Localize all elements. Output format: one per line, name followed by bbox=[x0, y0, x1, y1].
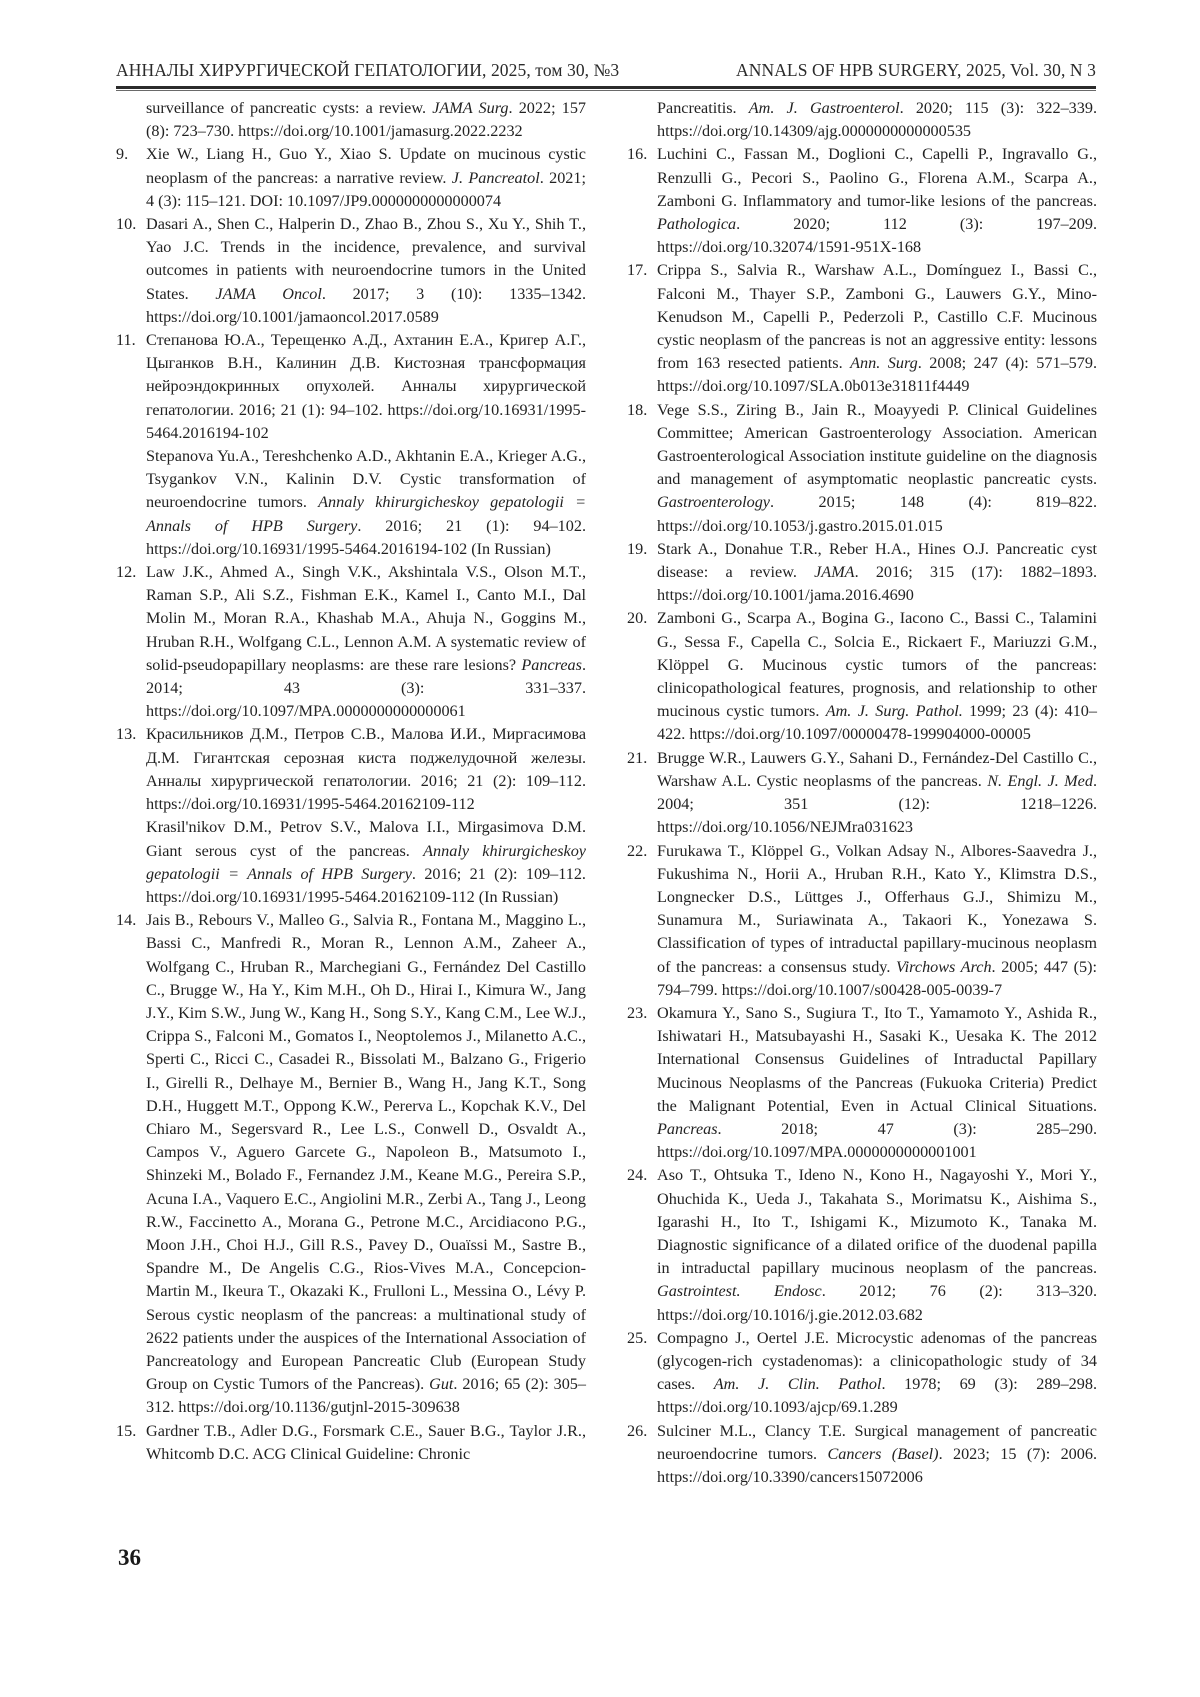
journal-title: J. Pancreatol bbox=[452, 169, 540, 187]
reference-original: Степанова Ю.А., Терещенко А.Д., Ахтанин … bbox=[146, 329, 586, 445]
reference-number: 9. bbox=[116, 143, 146, 213]
reference-item: 21.Brugge W.R., Lauwers G.Y., Sahani D.,… bbox=[627, 747, 1097, 840]
journal-title: Gut bbox=[429, 1375, 453, 1393]
reference-item: 16.Luchini C., Fassan M., Doglioni C., C… bbox=[627, 143, 1097, 259]
journal-title: JAMA Oncol bbox=[215, 285, 321, 303]
reference-number: 12. bbox=[116, 561, 146, 723]
journal-title: Pathologica bbox=[657, 215, 736, 233]
reference-number: 20. bbox=[627, 607, 657, 746]
header-rule-thin bbox=[116, 90, 1096, 91]
reference-original: Vege S.S., Ziring B., Jain R., Moayyedi … bbox=[657, 399, 1097, 538]
reference-text: Furukawa T., Klöppel G., Volkan Adsay N.… bbox=[657, 842, 1097, 976]
reference-text: Красильников Д.М., Петров С.В., Малова И… bbox=[146, 725, 586, 813]
reference-body: Jais B., Rebours V., Malleo G., Salvia R… bbox=[146, 909, 586, 1419]
reference-original: Crippa S., Salvia R., Warshaw A.L., Domí… bbox=[657, 259, 1097, 398]
journal-title: JAMA bbox=[814, 563, 854, 581]
reference-text: Law J.K., Ahmed A., Singh V.K., Akshinta… bbox=[146, 563, 586, 674]
reference-original: Zamboni G., Scarpa A., Bogina G., Iacono… bbox=[657, 607, 1097, 746]
reference-original: Pancreatitis. Am. J. Gastroenterol. 2020… bbox=[657, 97, 1097, 143]
reference-item: 15.Gardner T.B., Adler D.G., Forsmark C.… bbox=[116, 1420, 586, 1466]
reference-translation: Stepanova Yu.A., Tereshchenko A.D., Akht… bbox=[146, 445, 586, 561]
reference-body: Sulciner M.L., Clancy T.E. Surgical mana… bbox=[657, 1420, 1097, 1490]
reference-original: Law J.K., Ahmed A., Singh V.K., Akshinta… bbox=[146, 561, 586, 723]
reference-text: Luchini C., Fassan M., Doglioni C., Cape… bbox=[657, 145, 1097, 209]
reference-text: Okamura Y., Sano S., Sugiura T., Ito T.,… bbox=[657, 1004, 1097, 1115]
reference-item: 26.Sulciner M.L., Clancy T.E. Surgical m… bbox=[627, 1420, 1097, 1490]
reference-body: Aso T., Ohtsuka T., Ideno N., Kono H., N… bbox=[657, 1164, 1097, 1326]
reference-body: Furukawa T., Klöppel G., Volkan Adsay N.… bbox=[657, 840, 1097, 1002]
reference-body: Pancreatitis. Am. J. Gastroenterol. 2020… bbox=[657, 97, 1097, 143]
journal-title: Pancreas bbox=[521, 656, 582, 674]
reference-number: 18. bbox=[627, 399, 657, 538]
header-english-title: ANNALS OF HPB SURGERY, 2025, Vol. 30, N … bbox=[736, 60, 1096, 81]
reference-text: Vege S.S., Ziring B., Jain R., Moayyedi … bbox=[657, 401, 1097, 489]
journal-title: Virchows Arch bbox=[896, 958, 992, 976]
reference-original: Xie W., Liang H., Guo Y., Xiao S. Update… bbox=[146, 143, 586, 213]
reference-text: Gardner T.B., Adler D.G., Forsmark C.E.,… bbox=[146, 1422, 586, 1463]
running-header: АННАЛЫ ХИРУРГИЧЕСКОЙ ГЕПАТОЛОГИИ, 2025, … bbox=[116, 60, 1096, 81]
reference-number: 11. bbox=[116, 329, 146, 561]
reference-text: surveillance of pancreatic cysts: a revi… bbox=[146, 99, 432, 117]
reference-body: Xie W., Liang H., Guo Y., Xiao S. Update… bbox=[146, 143, 586, 213]
reference-original: Luchini C., Fassan M., Doglioni C., Cape… bbox=[657, 143, 1097, 259]
reference-body: Brugge W.R., Lauwers G.Y., Sahani D., Fe… bbox=[657, 747, 1097, 840]
reference-item: 18.Vege S.S., Ziring B., Jain R., Moayye… bbox=[627, 399, 1097, 538]
reference-body: Law J.K., Ahmed A., Singh V.K., Akshinta… bbox=[146, 561, 586, 723]
journal-title: Pancreas bbox=[657, 1120, 718, 1138]
reference-text: . 2018; 47 (3): 285–290. https://doi.org… bbox=[657, 1120, 1097, 1161]
reference-item: 13.Красильников Д.М., Петров С.В., Малов… bbox=[116, 723, 586, 909]
reference-number: 26. bbox=[627, 1420, 657, 1490]
reference-item: 0.surveillance of pancreatic cysts: a re… bbox=[116, 97, 586, 143]
references-left-column: 0.surveillance of pancreatic cysts: a re… bbox=[116, 97, 586, 1466]
reference-number: 23. bbox=[627, 1002, 657, 1164]
reference-number: 17. bbox=[627, 259, 657, 398]
reference-item: 10.Dasari A., Shen C., Halperin D., Zhao… bbox=[116, 213, 586, 329]
reference-number: 13. bbox=[116, 723, 146, 909]
reference-number: 22. bbox=[627, 840, 657, 1002]
reference-original: surveillance of pancreatic cysts: a revi… bbox=[146, 97, 586, 143]
reference-number: 15. bbox=[116, 1420, 146, 1466]
reference-translation: Krasil'nikov D.M., Petrov S.V., Malova I… bbox=[146, 816, 586, 909]
journal-title: JAMA Surg bbox=[432, 99, 508, 117]
reference-item: 17.Crippa S., Salvia R., Warshaw A.L., D… bbox=[627, 259, 1097, 398]
reference-body: Степанова Ю.А., Терещенко А.Д., Ахтанин … bbox=[146, 329, 586, 561]
journal-title: Ann. Surg bbox=[850, 354, 918, 372]
reference-item: 24.Aso T., Ohtsuka T., Ideno N., Kono H.… bbox=[627, 1164, 1097, 1326]
reference-text: Aso T., Ohtsuka T., Ideno N., Kono H., N… bbox=[657, 1166, 1097, 1277]
reference-body: Красильников Д.М., Петров С.В., Малова И… bbox=[146, 723, 586, 909]
reference-item: 22.Furukawa T., Klöppel G., Volkan Adsay… bbox=[627, 840, 1097, 1002]
reference-number: 14. bbox=[116, 909, 146, 1419]
references-right-column: 0.Pancreatitis. Am. J. Gastroenterol. 20… bbox=[627, 97, 1097, 1489]
journal-title: Am. J. Surg. Pathol. bbox=[826, 702, 963, 720]
reference-item: 19.Stark A., Donahue T.R., Reber H.A., H… bbox=[627, 538, 1097, 608]
reference-original: Jais B., Rebours V., Malleo G., Salvia R… bbox=[146, 909, 586, 1419]
reference-item: 0.Pancreatitis. Am. J. Gastroenterol. 20… bbox=[627, 97, 1097, 143]
reference-original: Dasari A., Shen C., Halperin D., Zhao B.… bbox=[146, 213, 586, 329]
reference-original: Stark A., Donahue T.R., Reber H.A., Hine… bbox=[657, 538, 1097, 608]
header-rule bbox=[116, 86, 1096, 89]
reference-body: Zamboni G., Scarpa A., Bogina G., Iacono… bbox=[657, 607, 1097, 746]
page-number: 36 bbox=[118, 1545, 141, 1571]
reference-number: 25. bbox=[627, 1327, 657, 1420]
reference-item: 14.Jais B., Rebours V., Malleo G., Salvi… bbox=[116, 909, 586, 1419]
reference-body: Okamura Y., Sano S., Sugiura T., Ito T.,… bbox=[657, 1002, 1097, 1164]
reference-body: Vege S.S., Ziring B., Jain R., Moayyedi … bbox=[657, 399, 1097, 538]
reference-body: Compagno J., Oertel J.E. Microcystic ade… bbox=[657, 1327, 1097, 1420]
reference-number: 19. bbox=[627, 538, 657, 608]
reference-item: 20.Zamboni G., Scarpa A., Bogina G., Iac… bbox=[627, 607, 1097, 746]
reference-text: Pancreatitis. bbox=[657, 99, 749, 117]
reference-body: Gardner T.B., Adler D.G., Forsmark C.E.,… bbox=[146, 1420, 586, 1466]
reference-original: Compagno J., Oertel J.E. Microcystic ade… bbox=[657, 1327, 1097, 1420]
journal-page: АННАЛЫ ХИРУРГИЧЕСКОЙ ГЕПАТОЛОГИИ, 2025, … bbox=[0, 0, 1200, 1697]
reference-number: 21. bbox=[627, 747, 657, 840]
reference-text: Jais B., Rebours V., Malleo G., Salvia R… bbox=[146, 911, 586, 1393]
reference-body: Luchini C., Fassan M., Doglioni C., Cape… bbox=[657, 143, 1097, 259]
reference-number: 16. bbox=[627, 143, 657, 259]
header-russian-title: АННАЛЫ ХИРУРГИЧЕСКОЙ ГЕПАТОЛОГИИ, 2025, … bbox=[116, 60, 619, 81]
reference-body: Dasari A., Shen C., Halperin D., Zhao B.… bbox=[146, 213, 586, 329]
journal-title: Gastrointest. Endosc bbox=[657, 1282, 822, 1300]
journal-title: Cancers (Basel) bbox=[827, 1445, 938, 1463]
reference-original: Aso T., Ohtsuka T., Ideno N., Kono H., N… bbox=[657, 1164, 1097, 1326]
reference-original: Gardner T.B., Adler D.G., Forsmark C.E.,… bbox=[146, 1420, 586, 1466]
reference-original: Okamura Y., Sano S., Sugiura T., Ito T.,… bbox=[657, 1002, 1097, 1164]
reference-body: Stark A., Donahue T.R., Reber H.A., Hine… bbox=[657, 538, 1097, 608]
journal-title: Gastroenterology bbox=[657, 493, 770, 511]
reference-body: Crippa S., Salvia R., Warshaw A.L., Domí… bbox=[657, 259, 1097, 398]
reference-original: Красильников Д.М., Петров С.В., Малова И… bbox=[146, 723, 586, 816]
reference-item: 9.Xie W., Liang H., Guo Y., Xiao S. Upda… bbox=[116, 143, 586, 213]
reference-item: 12.Law J.K., Ahmed A., Singh V.K., Akshi… bbox=[116, 561, 586, 723]
journal-title: N. Engl. J. Med bbox=[987, 772, 1093, 790]
journal-title: Am. J. Clin. Pathol bbox=[714, 1375, 882, 1393]
reference-text: Степанова Ю.А., Терещенко А.Д., Ахтанин … bbox=[146, 331, 586, 442]
reference-number: 24. bbox=[627, 1164, 657, 1326]
reference-item: 11.Степанова Ю.А., Терещенко А.Д., Ахтан… bbox=[116, 329, 586, 561]
reference-number: 10. bbox=[116, 213, 146, 329]
reference-original: Sulciner M.L., Clancy T.E. Surgical mana… bbox=[657, 1420, 1097, 1490]
reference-item: 23.Okamura Y., Sano S., Sugiura T., Ito … bbox=[627, 1002, 1097, 1164]
journal-title: Am. J. Gastroenterol bbox=[749, 99, 900, 117]
reference-original: Brugge W.R., Lauwers G.Y., Sahani D., Fe… bbox=[657, 747, 1097, 840]
reference-original: Furukawa T., Klöppel G., Volkan Adsay N.… bbox=[657, 840, 1097, 1002]
reference-item: 25.Compagno J., Oertel J.E. Microcystic … bbox=[627, 1327, 1097, 1420]
reference-body: surveillance of pancreatic cysts: a revi… bbox=[146, 97, 586, 143]
